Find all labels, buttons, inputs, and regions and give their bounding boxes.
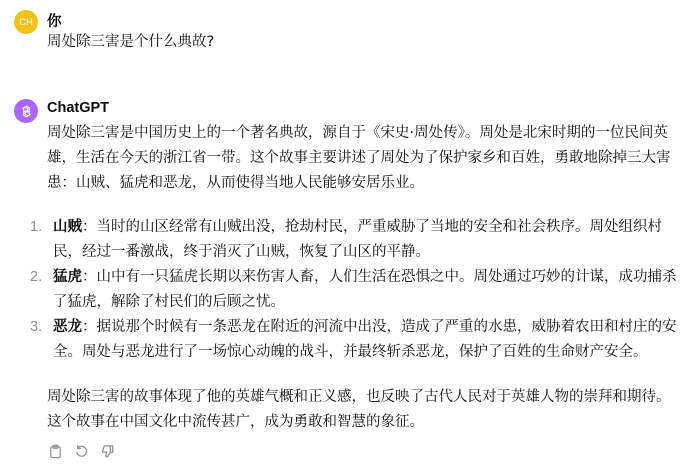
copy-button[interactable] [47, 443, 63, 459]
list-number: 2. [30, 265, 42, 290]
list-desc: ：据说那个时候有一条恶龙在附近的河流中出没，造成了严重的水患，威胁着农田和村庄的… [53, 319, 677, 360]
list-number: 1. [30, 215, 42, 240]
refresh-icon [74, 444, 89, 459]
user-avatar-initials: CH [19, 17, 33, 27]
assistant-intro-paragraph: 周处除三害是中国历史上的一个著名典故，源自于《宋史·周处传》。周处是北宋时期的一… [47, 121, 677, 196]
list-desc: ：山中有一只猛虎长期以来伤害人畜，人们生活在恐惧之中。周处通过巧妙的计谋，成功捕… [53, 269, 677, 310]
regenerate-button[interactable] [73, 443, 89, 459]
thumbs-down-icon [100, 444, 115, 459]
list-item: 1. 山贼：当时的山区经常有山贼出没，抢劫村民，严重威胁了当地的安全和社会秩序。… [47, 215, 677, 265]
list-term: 猛虎 [53, 269, 82, 285]
list-number: 3. [30, 315, 42, 340]
list-item: 2. 猛虎：山中有一只猛虎长期以来伤害人畜，人们生活在恐惧之中。周处通过巧妙的计… [47, 265, 677, 315]
clipboard-icon [48, 444, 63, 459]
assistant-conclusion-paragraph: 周处除三害的故事体现了他的英雄气概和正义感，也反映了古代人民对于英雄人物的崇拜和… [47, 385, 677, 435]
thumbs-down-button[interactable] [99, 443, 115, 459]
list-desc: ：当时的山区经常有山贼出没，抢劫村民，严重威胁了当地的安全和社会秩序。周处组织村… [53, 219, 662, 260]
user-avatar: CH [14, 10, 38, 34]
harms-list: 1. 山贼：当时的山区经常有山贼出没，抢劫村民，严重威胁了当地的安全和社会秩序。… [47, 215, 677, 365]
list-item: 3. 恶龙：据说那个时候有一条恶龙在附近的河流中出没，造成了严重的水患，威胁着农… [47, 315, 677, 365]
openai-logo-icon [19, 104, 34, 119]
user-author-name: 你 [47, 10, 62, 31]
assistant-author-name: ChatGPT [47, 100, 109, 116]
message-actions [47, 443, 115, 459]
list-term: 恶龙 [53, 319, 82, 335]
user-message-text: 周处除三害是个什么典故? [47, 30, 677, 55]
assistant-avatar [14, 99, 38, 123]
list-term: 山贼 [53, 219, 82, 235]
